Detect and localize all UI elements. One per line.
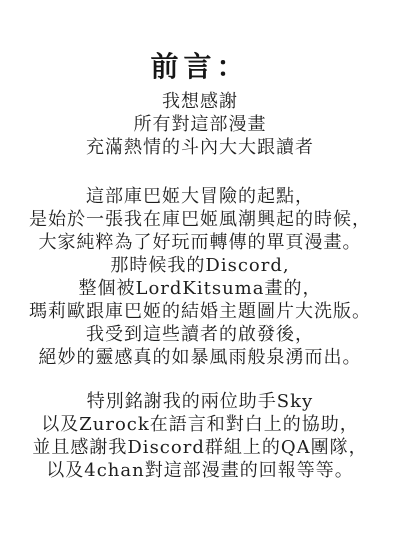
- origin-paragraph: 這部庫巴姬大冒險的起點， 是始於一張我在庫巴姬風潮興起的時候， 大家純粹為了好玩…: [0, 185, 400, 369]
- origin-line: 我受到這些讀者的啟發後，: [0, 323, 400, 346]
- intro-block: 我想感謝 所有對這部漫畫 充滿熱情的斗內大大跟讀者: [0, 90, 400, 159]
- origin-line: 是始於一張我在庫巴姬風潮興起的時候，: [0, 208, 400, 231]
- credits-paragraph: 特別銘謝我的兩位助手Sky 以及Zurock在語言和對白上的協助， 並且感謝我D…: [0, 390, 400, 482]
- intro-line: 所有對這部漫畫: [0, 113, 400, 136]
- origin-line: 瑪莉歐跟庫巴姬的結婚主題圖片大洗版。: [0, 300, 400, 323]
- origin-line: 大家純粹為了好玩而轉傳的單頁漫畫。: [0, 231, 400, 254]
- origin-line: 那時候我的Discord,: [0, 254, 400, 277]
- page-title: 前言：: [0, 48, 400, 86]
- intro-line: 充滿熱情的斗內大大跟讀者: [0, 136, 400, 159]
- origin-line: 整個被LordKitsuma畫的，: [0, 277, 400, 300]
- credits-line: 以及Zurock在語言和對白上的協助，: [0, 413, 400, 436]
- credits-line: 並且感謝我Discord群組上的QA團隊，: [0, 436, 400, 459]
- origin-line: 絕妙的靈感真的如暴風雨般泉湧而出。: [0, 346, 400, 369]
- origin-line: 這部庫巴姬大冒險的起點，: [0, 185, 400, 208]
- preface-page: 前言： 我想感謝 所有對這部漫畫 充滿熱情的斗內大大跟讀者 這部庫巴姬大冒險的起…: [0, 0, 400, 556]
- credits-line: 以及4chan對這部漫畫的回報等等。: [0, 459, 400, 482]
- intro-line: 我想感謝: [0, 90, 400, 113]
- credits-line: 特別銘謝我的兩位助手Sky: [0, 390, 400, 413]
